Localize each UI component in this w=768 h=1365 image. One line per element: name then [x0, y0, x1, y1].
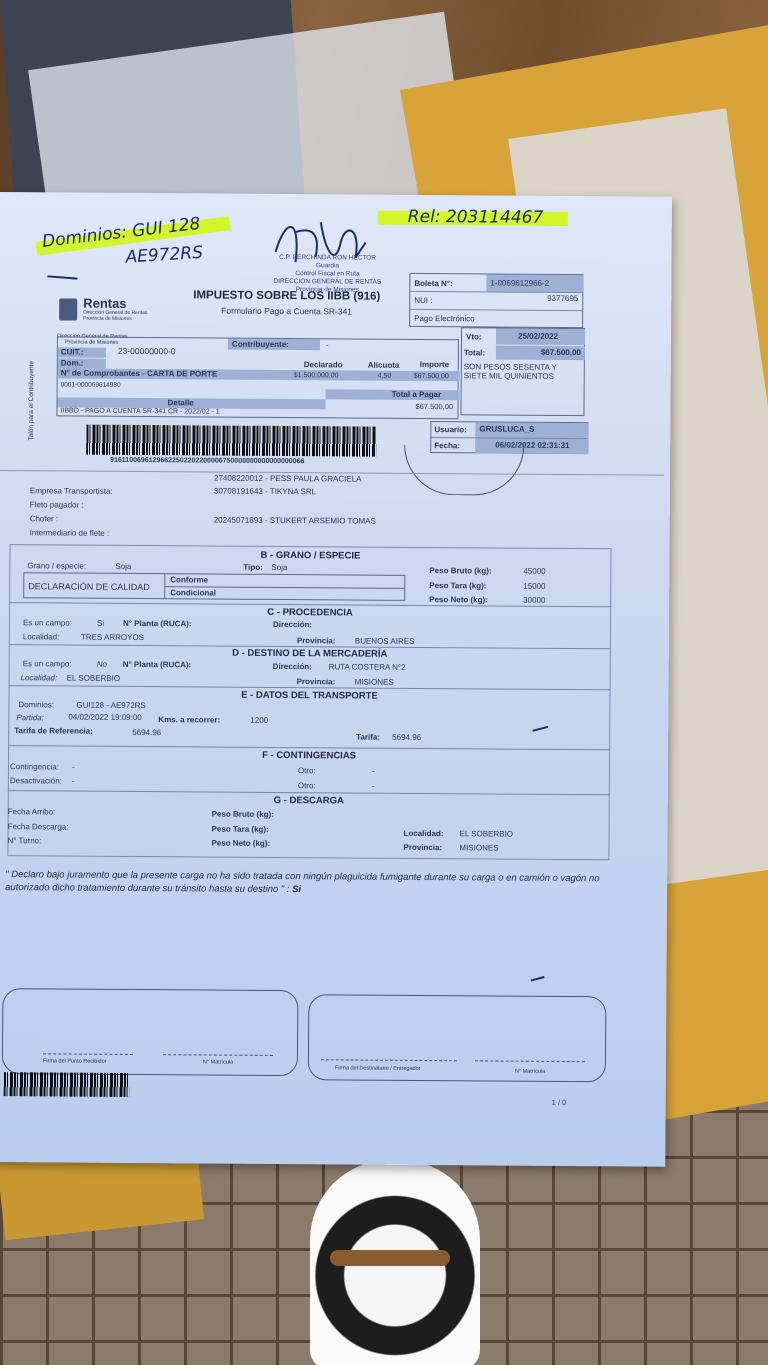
- d-provincia-value: MISIONES: [355, 678, 394, 687]
- rentas-logo-name: Rentas: [83, 296, 126, 311]
- page-number: 1 / 0: [552, 1098, 567, 1107]
- handwritten-plate: AE972RS: [125, 243, 204, 268]
- peso-bruto-value: 45000: [523, 567, 545, 576]
- f-desactivacion-value: -: [72, 777, 75, 786]
- g-turno-label: N° Turno:: [7, 836, 41, 845]
- left-signature-label: Firma del Punto Recibidor: [43, 1058, 107, 1064]
- c-provincia-label: Provincia:: [297, 636, 336, 645]
- g-tara-label: Peso Tara (kg):: [212, 825, 269, 834]
- contribuyente-label: Contribuyente:: [232, 340, 289, 349]
- titular-value: 27408220012 - PESS PAULA GRACIELA: [214, 474, 362, 484]
- d-provincia-label: Provincia:: [297, 677, 336, 686]
- right-matricula-label: N° Matrícula: [515, 1069, 545, 1075]
- importe-label: Importe: [420, 360, 449, 369]
- alicuota-value: 4,50: [378, 373, 392, 380]
- empresa-value: 30708191643 - TIKYNA SRL: [214, 487, 316, 497]
- e-tarifa-value: 5694.96: [392, 733, 421, 742]
- declaration-text: " Declaro bajo juramento que la presente…: [5, 869, 600, 895]
- alicuota-label: Alicuota: [368, 361, 400, 370]
- flete-label: Fleto pagador :: [30, 500, 84, 509]
- d-localidad-label: Localidad:: [21, 673, 58, 682]
- total-value: $67.500,00: [541, 348, 581, 357]
- e-kms-label: Kms. a recorrer:: [158, 715, 220, 724]
- conforme-option: Conforme: [170, 575, 208, 584]
- intermediario-label: Intermediario de flete :: [30, 528, 110, 538]
- e-kms-value: 1200: [250, 716, 268, 725]
- total-pagar-label: Total a Pagar: [392, 390, 442, 399]
- g-arribo-label: Fecha Arribo:: [8, 807, 56, 816]
- cuit-value: 23-00000000-0: [118, 346, 176, 356]
- d-campo-value: No: [97, 660, 107, 669]
- d-planta-label: N° Planta (RUCA):: [123, 660, 192, 669]
- nui-label: NUI :: [414, 296, 432, 305]
- c-campo-label: Es un campo:: [23, 618, 72, 627]
- c-provincia-value: BUENOS AIRES: [355, 637, 415, 646]
- side-label: Talón para el Contribuyente: [28, 346, 36, 456]
- importe-value: $67.500,00: [414, 373, 449, 380]
- chofer-value: 20245071893 - STUKERT ARSEMIO TOMAS: [214, 516, 376, 526]
- e-dominios-value: GUI128 - AE972RS: [76, 701, 145, 710]
- d-localidad-value: EL SOBERBIO: [67, 674, 121, 683]
- g-descarga-label: Fecha Descarga:: [8, 822, 69, 831]
- condicional-option: Condicional: [170, 588, 216, 597]
- c-campo-value: Si: [97, 619, 104, 628]
- g-localidad-label: Localidad:: [404, 829, 444, 838]
- e-partida-value: 04/02/2022 19:09:00: [68, 713, 141, 723]
- g-bruto-label: Peso Bruto (kg):: [212, 810, 274, 819]
- chofer-label: Chofer :: [30, 514, 59, 523]
- f-otro2-value: -: [372, 782, 375, 791]
- peso-neto-label: Peso Neto (kg):: [429, 595, 488, 604]
- barcode-number: 9161100696129662250220220000675000000000…: [110, 457, 304, 465]
- e-tarifa-ref-value: 5694.96: [132, 728, 161, 737]
- f-otro2-label: Otro:: [298, 781, 316, 790]
- calidad-label: DECLARACIÓN DE CALIDAD: [28, 581, 150, 592]
- tipo-value: Soja: [271, 563, 287, 572]
- g-provincia-label: Provincia:: [403, 843, 442, 852]
- peso-neto-value: 30000: [523, 596, 545, 605]
- d-direccion-value: RUTA COSTERA N°2: [329, 662, 406, 672]
- f-contingencia-value: -: [72, 763, 75, 772]
- g-neto-label: Peso Neto (kg):: [211, 839, 270, 848]
- empresa-label: Empresa Transportista:: [30, 486, 113, 496]
- total-in-words: SON PESOS SESENTA Y SIETE MIL QUINIENTOS: [464, 362, 574, 381]
- payment-barcode: [86, 425, 376, 457]
- grano-value: Soja: [115, 562, 131, 571]
- boleta-box: Boleta N°: 1-0069612966-2 NUI : 9377695 …: [409, 273, 583, 328]
- total-pagar-value: $67.500,00: [415, 402, 453, 411]
- c-localidad-value: TRES ARROYOS: [81, 633, 144, 642]
- c-planta-label: N° Planta (RUCA):: [123, 619, 192, 628]
- declarado-value: $1.500.000,00: [294, 372, 339, 379]
- pen-mark: [531, 976, 545, 981]
- c-localidad-label: Localidad:: [23, 632, 60, 641]
- form-title: IMPUESTO SOBRE LOS IIBB (916): [193, 289, 380, 302]
- dom-label: Dom.:: [61, 358, 84, 367]
- f-otro-value: -: [372, 767, 375, 776]
- official-stamp: C.P. PERCHINDA RON HECTOR Guardia Contro…: [267, 254, 387, 295]
- tax-form-document: Dominios: GUI 128 AE972RS Rel: 203114467…: [0, 192, 672, 1167]
- cuit-label: CUIT.:: [61, 347, 84, 356]
- c-direccion-label: Dirección:: [273, 620, 312, 629]
- boleta-label: Boleta N°:: [414, 279, 452, 288]
- vto-label: Vto:: [466, 332, 482, 341]
- f-otro-label: Otro:: [298, 766, 316, 775]
- usuario-label: Usuario:: [434, 425, 467, 434]
- e-tarifa-ref-label: Tarifa de Referencia:: [14, 726, 93, 736]
- fumigation-declaration: " Declaro bajo juramento que la presente…: [5, 868, 615, 898]
- declaration-answer: Si: [292, 884, 301, 895]
- d-direccion-label: Dirección:: [273, 662, 312, 671]
- province-seal: [404, 445, 524, 496]
- total-label: Total:: [464, 348, 485, 357]
- detalle-label: Detalle: [168, 398, 194, 407]
- comprobante-value: 0001-000069614980: [61, 381, 121, 388]
- peso-tara-label: Peso Tara (kg):: [429, 581, 486, 590]
- rentas-logo-icon: [59, 298, 77, 320]
- boleta-number: 1-0069612966-2: [490, 278, 549, 287]
- peso-tara-value: 15000: [523, 582, 545, 591]
- pen-mark: [47, 275, 77, 279]
- grano-label: Grano / especie:: [27, 561, 86, 570]
- pago-electronico-label: Pago Electrónico: [414, 314, 475, 323]
- left-matricula-label: N° Matrícula: [203, 1059, 233, 1065]
- d-campo-label: Es un campo:: [23, 659, 72, 668]
- f-contingencia-label: Contingencia:: [10, 762, 59, 771]
- f-desactivacion-label: Desactivación:: [10, 776, 62, 785]
- form-subtitle: Formulario Pago a Cuenta SR-341: [221, 306, 352, 317]
- handwritten-rel: Rel: 203114467: [408, 207, 544, 228]
- usuario-value: GRUSLUCA_S: [479, 424, 534, 433]
- footer-barcode: [4, 1072, 130, 1097]
- due-box: Vto: 25/02/2022 Total: $67.500,00 SON PE…: [460, 327, 585, 416]
- g-localidad-value: EL SOBERBIO: [459, 829, 513, 838]
- sneaker-strap: [330, 1250, 450, 1266]
- e-dominios-label: Dominios:: [18, 700, 54, 709]
- declarado-label: Declarado: [304, 360, 343, 369]
- peso-bruto-label: Peso Bruto (kg):: [429, 566, 491, 575]
- contribuyente-value: -: [326, 340, 329, 349]
- detalle-value: IIBBD - PAGO A CUENTA SR-341 CR - 2022/0…: [60, 407, 219, 415]
- nui-value: 9377695: [547, 294, 578, 303]
- comprobantes-label: N° de Comprobantes - CARTA DE PORTE: [61, 368, 218, 378]
- taxpayer-box: CUIT.: 23-00000000-0 Contribuyente: - Do…: [56, 336, 459, 419]
- quality-box: DECLARACIÓN DE CALIDAD Conforme Condicio…: [23, 572, 405, 601]
- right-signature-label: Firma del Destinatario / Entregador: [335, 1065, 421, 1072]
- rentas-logo-sub: Provincia de Misiones: [83, 316, 132, 322]
- e-tarifa-label: Tarifa:: [356, 733, 380, 742]
- g-provincia-value: MISIONES: [459, 843, 498, 852]
- vto-value: 25/02/2022: [518, 332, 558, 341]
- tipo-label: Tipo:: [243, 563, 262, 572]
- e-partida-label: Partida:: [16, 713, 44, 722]
- recipient-signature-box[interactable]: Firma del Punto Recibidor N° Matrícula: [2, 988, 299, 1076]
- sender-signature-box[interactable]: Firma del Destinatario / Entregador N° M…: [308, 994, 607, 1082]
